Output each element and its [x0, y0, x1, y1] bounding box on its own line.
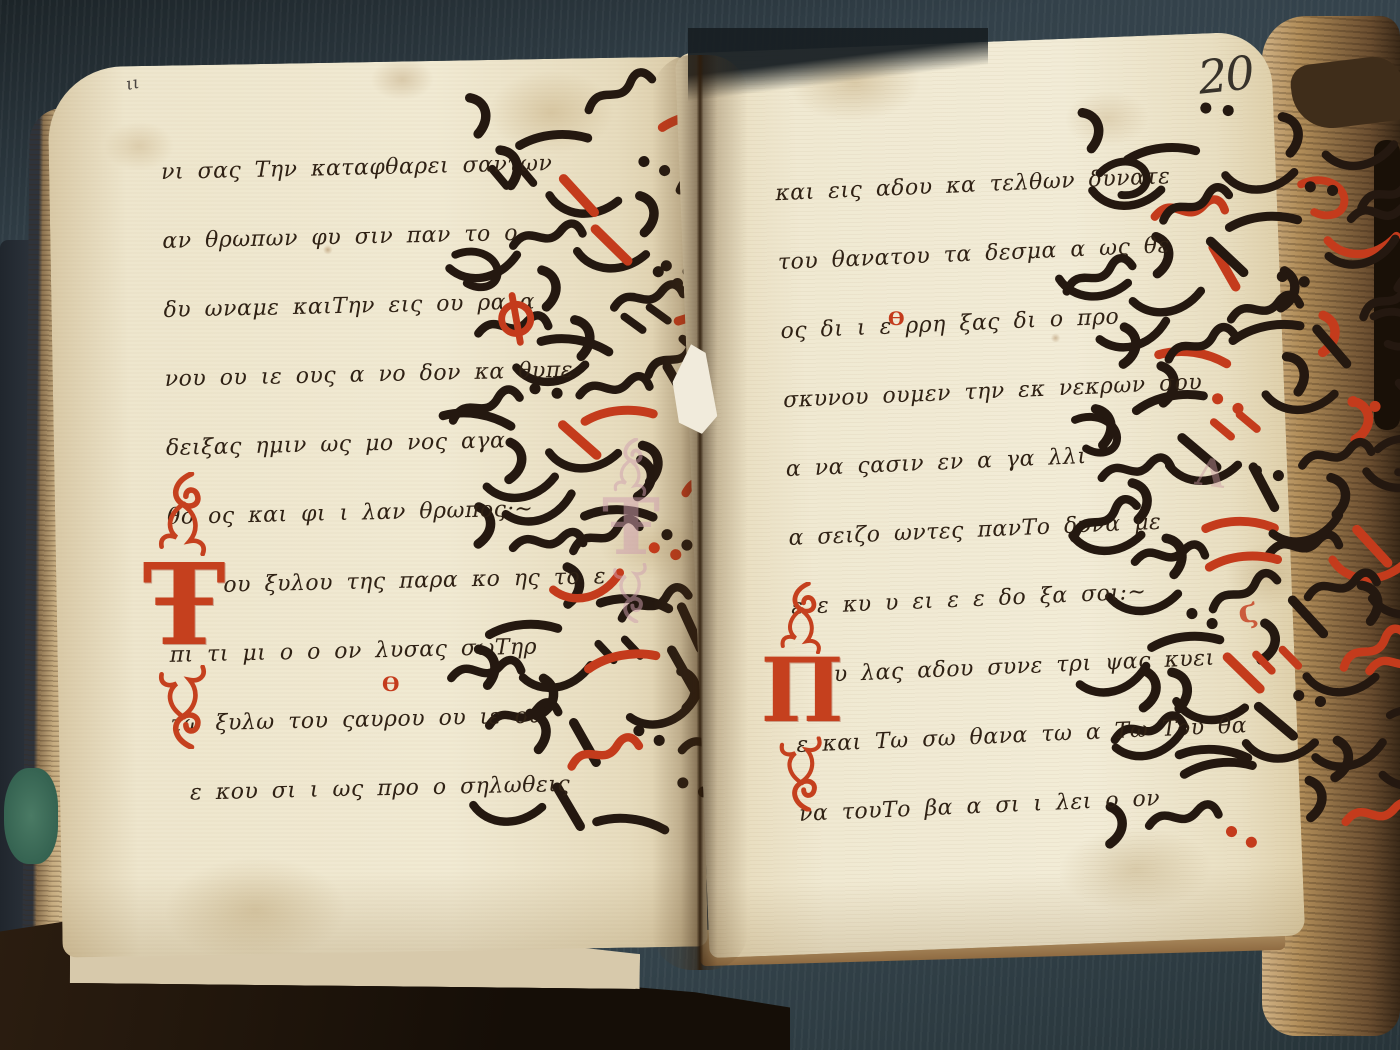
chant-line: πι τι μι ο ο ον λυσας σωΤηρ: [169, 598, 652, 675]
chant-line: ε κου σι ι ως προ ο σηλωθεις: [171, 736, 654, 813]
chant-line: δειξας ημιν ως μο νος αγα: [165, 391, 648, 468]
initial-flourish-bottom: [156, 652, 212, 762]
chant-line: θο ος και φι ι λαν θρωπος:~: [166, 460, 649, 537]
chant-line: τω ξυλω του ςαυρου ου ιε ου: [170, 667, 653, 744]
red-theta-mark-left: ϴ: [382, 672, 399, 696]
verdigris-patch: [4, 768, 58, 864]
ghost-flourish-bottom: [611, 560, 651, 626]
manuscript-photo: νι σας Την καταφθαρει σαντωναν θρωπων φυ…: [0, 0, 1400, 1050]
bleedthrough-initial: Ŧ: [585, 438, 677, 626]
initial-letter-tau: Ŧ: [132, 560, 236, 652]
handwritten-page-number: 20: [1195, 45, 1255, 104]
bleedthrough-lambda: Λ: [1193, 448, 1228, 497]
illuminated-initial-right: Π: [754, 582, 850, 822]
initial-letter-pi: Π: [754, 654, 850, 726]
red-theta-mark-right: ϴ: [888, 308, 905, 330]
chant-line: νου ου ιε ους α νο δον κα θυπε: [164, 322, 647, 399]
chant-line: αν θρωπων φυ σιν παν το ο: [161, 184, 644, 261]
ghost-initial-letter: Ŧ: [585, 496, 677, 560]
illuminated-initial-left: Ŧ: [132, 468, 236, 762]
initial-flourish-bottom: [777, 726, 827, 822]
